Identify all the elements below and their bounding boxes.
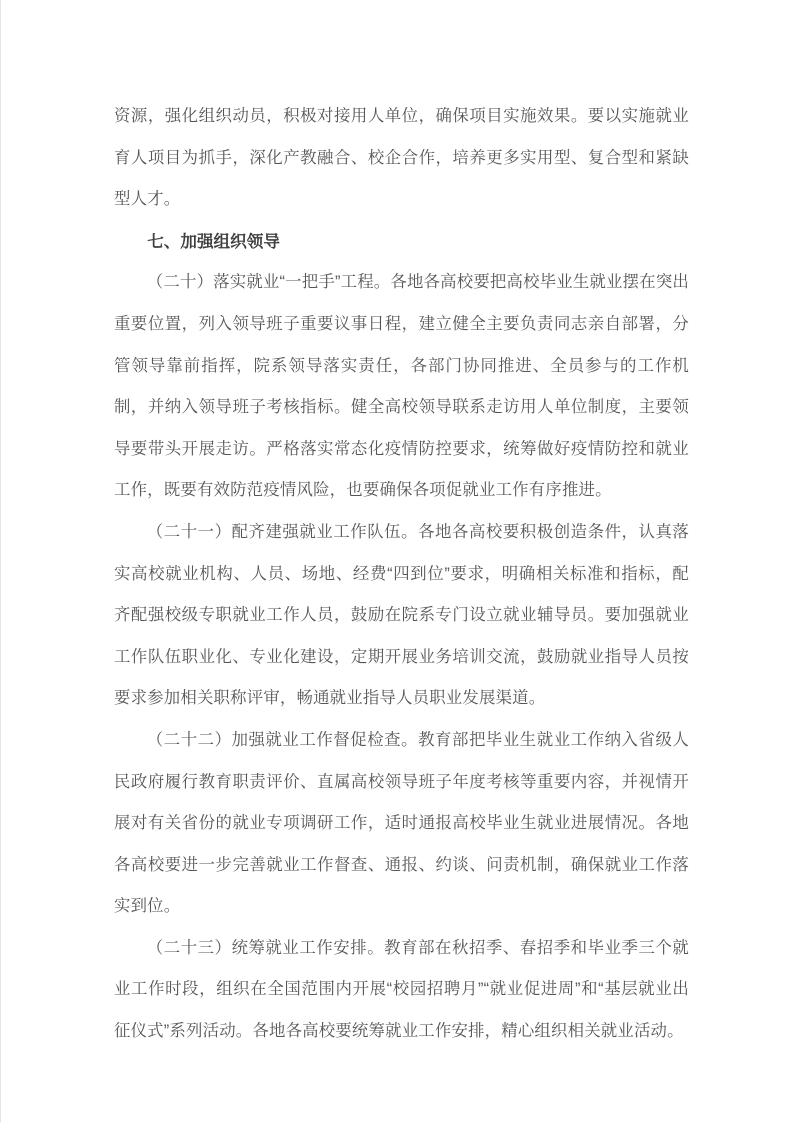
paragraph-item-22: （二十二）加强就业工作督促检查。教育部把毕业生就业工作纳入省级人民政府履行教育职… [114, 720, 689, 928]
section-heading: 七、加强组织领导 [114, 221, 689, 263]
document-page: 资源，强化组织动员，积极对接用人单位，确保项目实施效果。要以实施就业育人项目为抓… [0, 0, 793, 1122]
paragraph-item-20: （二十）落实就业“一把手”工程。各地各高校要把高校毕业生就业摆在突出重要位置，列… [114, 262, 689, 512]
paragraph-continued: 资源，强化组织动员，积极对接用人单位，确保项目实施效果。要以实施就业育人项目为抓… [114, 96, 689, 221]
paragraph-item-21: （二十一）配齐建强就业工作队伍。各地各高校要积极创造条件，认真落实高校就业机构、… [114, 512, 689, 720]
paragraph-item-23: （二十三）统筹就业工作安排。教育部在秋招季、春招季和毕业季三个就业工作时段，组织… [114, 928, 689, 1053]
document-body: 资源，强化组织动员，积极对接用人单位，确保项目实施效果。要以实施就业育人项目为抓… [114, 96, 689, 1053]
